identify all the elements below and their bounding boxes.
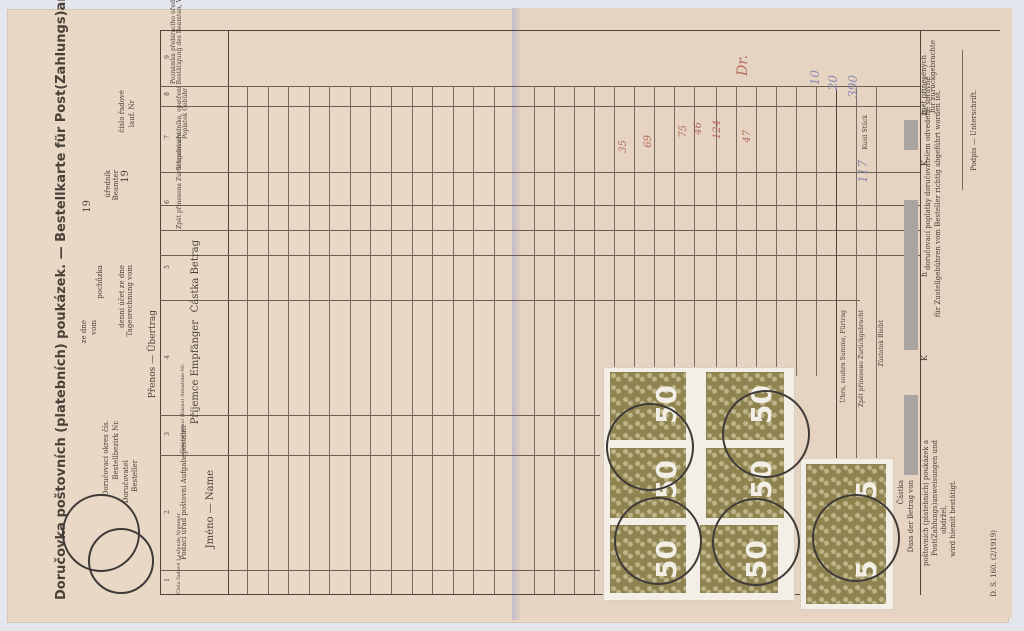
field-prenos: Přenos — Übertrag [148, 310, 158, 398]
col-sub-boundary-2 [160, 255, 920, 256]
summary-kusu-label: Kusů Stück [862, 115, 869, 149]
row-line [391, 86, 392, 594]
field-cislo-radove: číslo řadové [118, 90, 126, 133]
row-line [776, 86, 777, 376]
summary-sum-label: Úhrn, souhrn Summe, Fürtrag [840, 310, 847, 403]
row-line [534, 86, 535, 594]
row-line [370, 86, 371, 594]
footer-zpet: zpět přinesených [920, 55, 928, 116]
postmark [812, 494, 900, 582]
row-line [554, 86, 555, 594]
handwritten-amount: 124 [712, 120, 723, 139]
row-line [288, 86, 289, 594]
field-urednik: úředník [104, 170, 112, 197]
col-7-boundary [160, 172, 920, 173]
amount-box-2 [904, 200, 918, 350]
row-line [432, 86, 433, 594]
footer-post-zahlungs: Post(Zahlungs)anweisungen und [931, 440, 939, 556]
field-dorucovatel: Doručovatel [122, 460, 130, 503]
col-num-4: 4 [164, 355, 171, 359]
footer-postovnich: poštovních (platebních) poukázek a [922, 440, 930, 566]
row-line [350, 86, 351, 594]
field-bestellbezirk: Bestellbezirk Nr. [112, 420, 120, 480]
handwritten-amount: 47 [742, 130, 753, 143]
footer-dorucovaci: doručovací poplatky doručovatelem odvede… [924, 130, 932, 270]
field-lauf-nr: lauf. Nr [128, 100, 136, 127]
field-ze-dne: ze dne [80, 320, 88, 343]
field-denni-ucet: denní účet ze dne [118, 265, 126, 328]
postmark [722, 390, 810, 478]
row-line [329, 86, 330, 594]
table-left-border [160, 30, 161, 595]
col-header-8: Poplatek Gebühr [182, 88, 189, 139]
col-5-boundary [160, 300, 860, 301]
handwritten-total: 10 [808, 70, 822, 85]
row-line [796, 86, 797, 376]
footer-dass: Dass der Betrag von [907, 480, 915, 552]
col-num-9: 9 [164, 55, 171, 59]
field-dorucovaci-okres: Doručovací okres čís. [102, 420, 110, 496]
footer-k2: K [920, 160, 929, 166]
handwritten-amount: 75 [678, 125, 689, 138]
header-divider [228, 30, 229, 595]
col-num-7: 7 [164, 135, 171, 139]
footer-h1: h [920, 272, 929, 277]
col-6-boundary [160, 230, 920, 231]
table-top-border [160, 30, 1000, 31]
col-num-3: 3 [164, 432, 171, 436]
row-line [736, 86, 737, 376]
row-line [453, 86, 454, 594]
footer-k1: K [920, 355, 929, 361]
col-num-5: 5 [164, 265, 171, 269]
handwritten-signature: Dr. [735, 55, 751, 76]
field-year-2: 19 [120, 170, 131, 183]
handwritten-amount: 46 [693, 122, 704, 135]
col-header-1: Číslo řadové Laufende Nummer [176, 572, 182, 594]
postmark-header [88, 528, 154, 594]
handwritten-amount: 35 [618, 140, 629, 153]
field-tagesrechnung: Tagesrechnung vom [126, 265, 134, 336]
row-line [412, 86, 413, 594]
col-header-6: Zpět přinesena Zurückgebracht [176, 174, 183, 229]
amount-box-3 [904, 120, 918, 150]
col-num-2: 2 [164, 510, 171, 514]
paper-fold [512, 8, 520, 620]
postmark [614, 497, 702, 585]
col-num-8: 8 [164, 92, 171, 96]
footer-obdrzel: obdržel, [940, 505, 948, 534]
row-line [594, 86, 595, 594]
row-line [268, 86, 269, 594]
field-pochuzka: pochůzka [96, 265, 104, 299]
field-vom: vom [90, 320, 98, 335]
row-line [574, 86, 575, 594]
footer-castka: Částka [897, 480, 905, 504]
row-line [816, 86, 817, 376]
amount-box-1 [904, 395, 918, 475]
title-german: Bestellkarte für Post(Zahlungs)anweisung… [54, 0, 69, 242]
field-beamter: Beamter [112, 170, 120, 200]
handwritten-total: 20 [826, 75, 840, 90]
footer-bestaetigt: wird hiemit bestätigt. [949, 480, 957, 557]
footer-podpis: Podpis — Unterschrift. [970, 90, 978, 171]
row-line [674, 86, 675, 376]
field-besteller: Besteller [131, 460, 139, 492]
handwritten-amount: 69 [643, 135, 654, 148]
footer-zustellgebuehren: für Zustellgebühren vom Besteller richti… [934, 90, 942, 317]
col-sub-boundary [160, 205, 920, 206]
col-num-6: 6 [164, 200, 171, 204]
footer-fuer-zurueck: für zurückgebrachte [929, 40, 937, 113]
handwritten-returned: 117 [856, 160, 870, 183]
col-8-boundary [160, 106, 920, 107]
row-line [654, 86, 655, 376]
col-header-2-name: Jméno — Name [205, 470, 216, 548]
field-year-1: 19 [82, 200, 93, 213]
col-header-4: Příjemce Empfänger [190, 320, 201, 424]
row-line [494, 86, 495, 594]
row-line [756, 86, 757, 376]
row-line [614, 86, 615, 376]
row-line [247, 86, 248, 594]
col-9-boundary [160, 86, 920, 87]
postmark [712, 498, 800, 586]
signature-line [962, 50, 963, 190]
row-line [309, 86, 310, 594]
row-line [473, 86, 474, 594]
postmark [606, 403, 694, 491]
summary-returned-label: Zpět přinesено Zurückgebracht [858, 310, 865, 407]
handwritten-total: 390 [846, 75, 860, 98]
row-line [634, 86, 635, 376]
form-code: D. S. 160. (2/1919) [990, 530, 998, 597]
col-num-1: 1 [164, 578, 171, 582]
summary-remainder-label: Zůstatek Bleibt [878, 320, 885, 367]
col-header-5: Částka Betrag [190, 240, 201, 312]
